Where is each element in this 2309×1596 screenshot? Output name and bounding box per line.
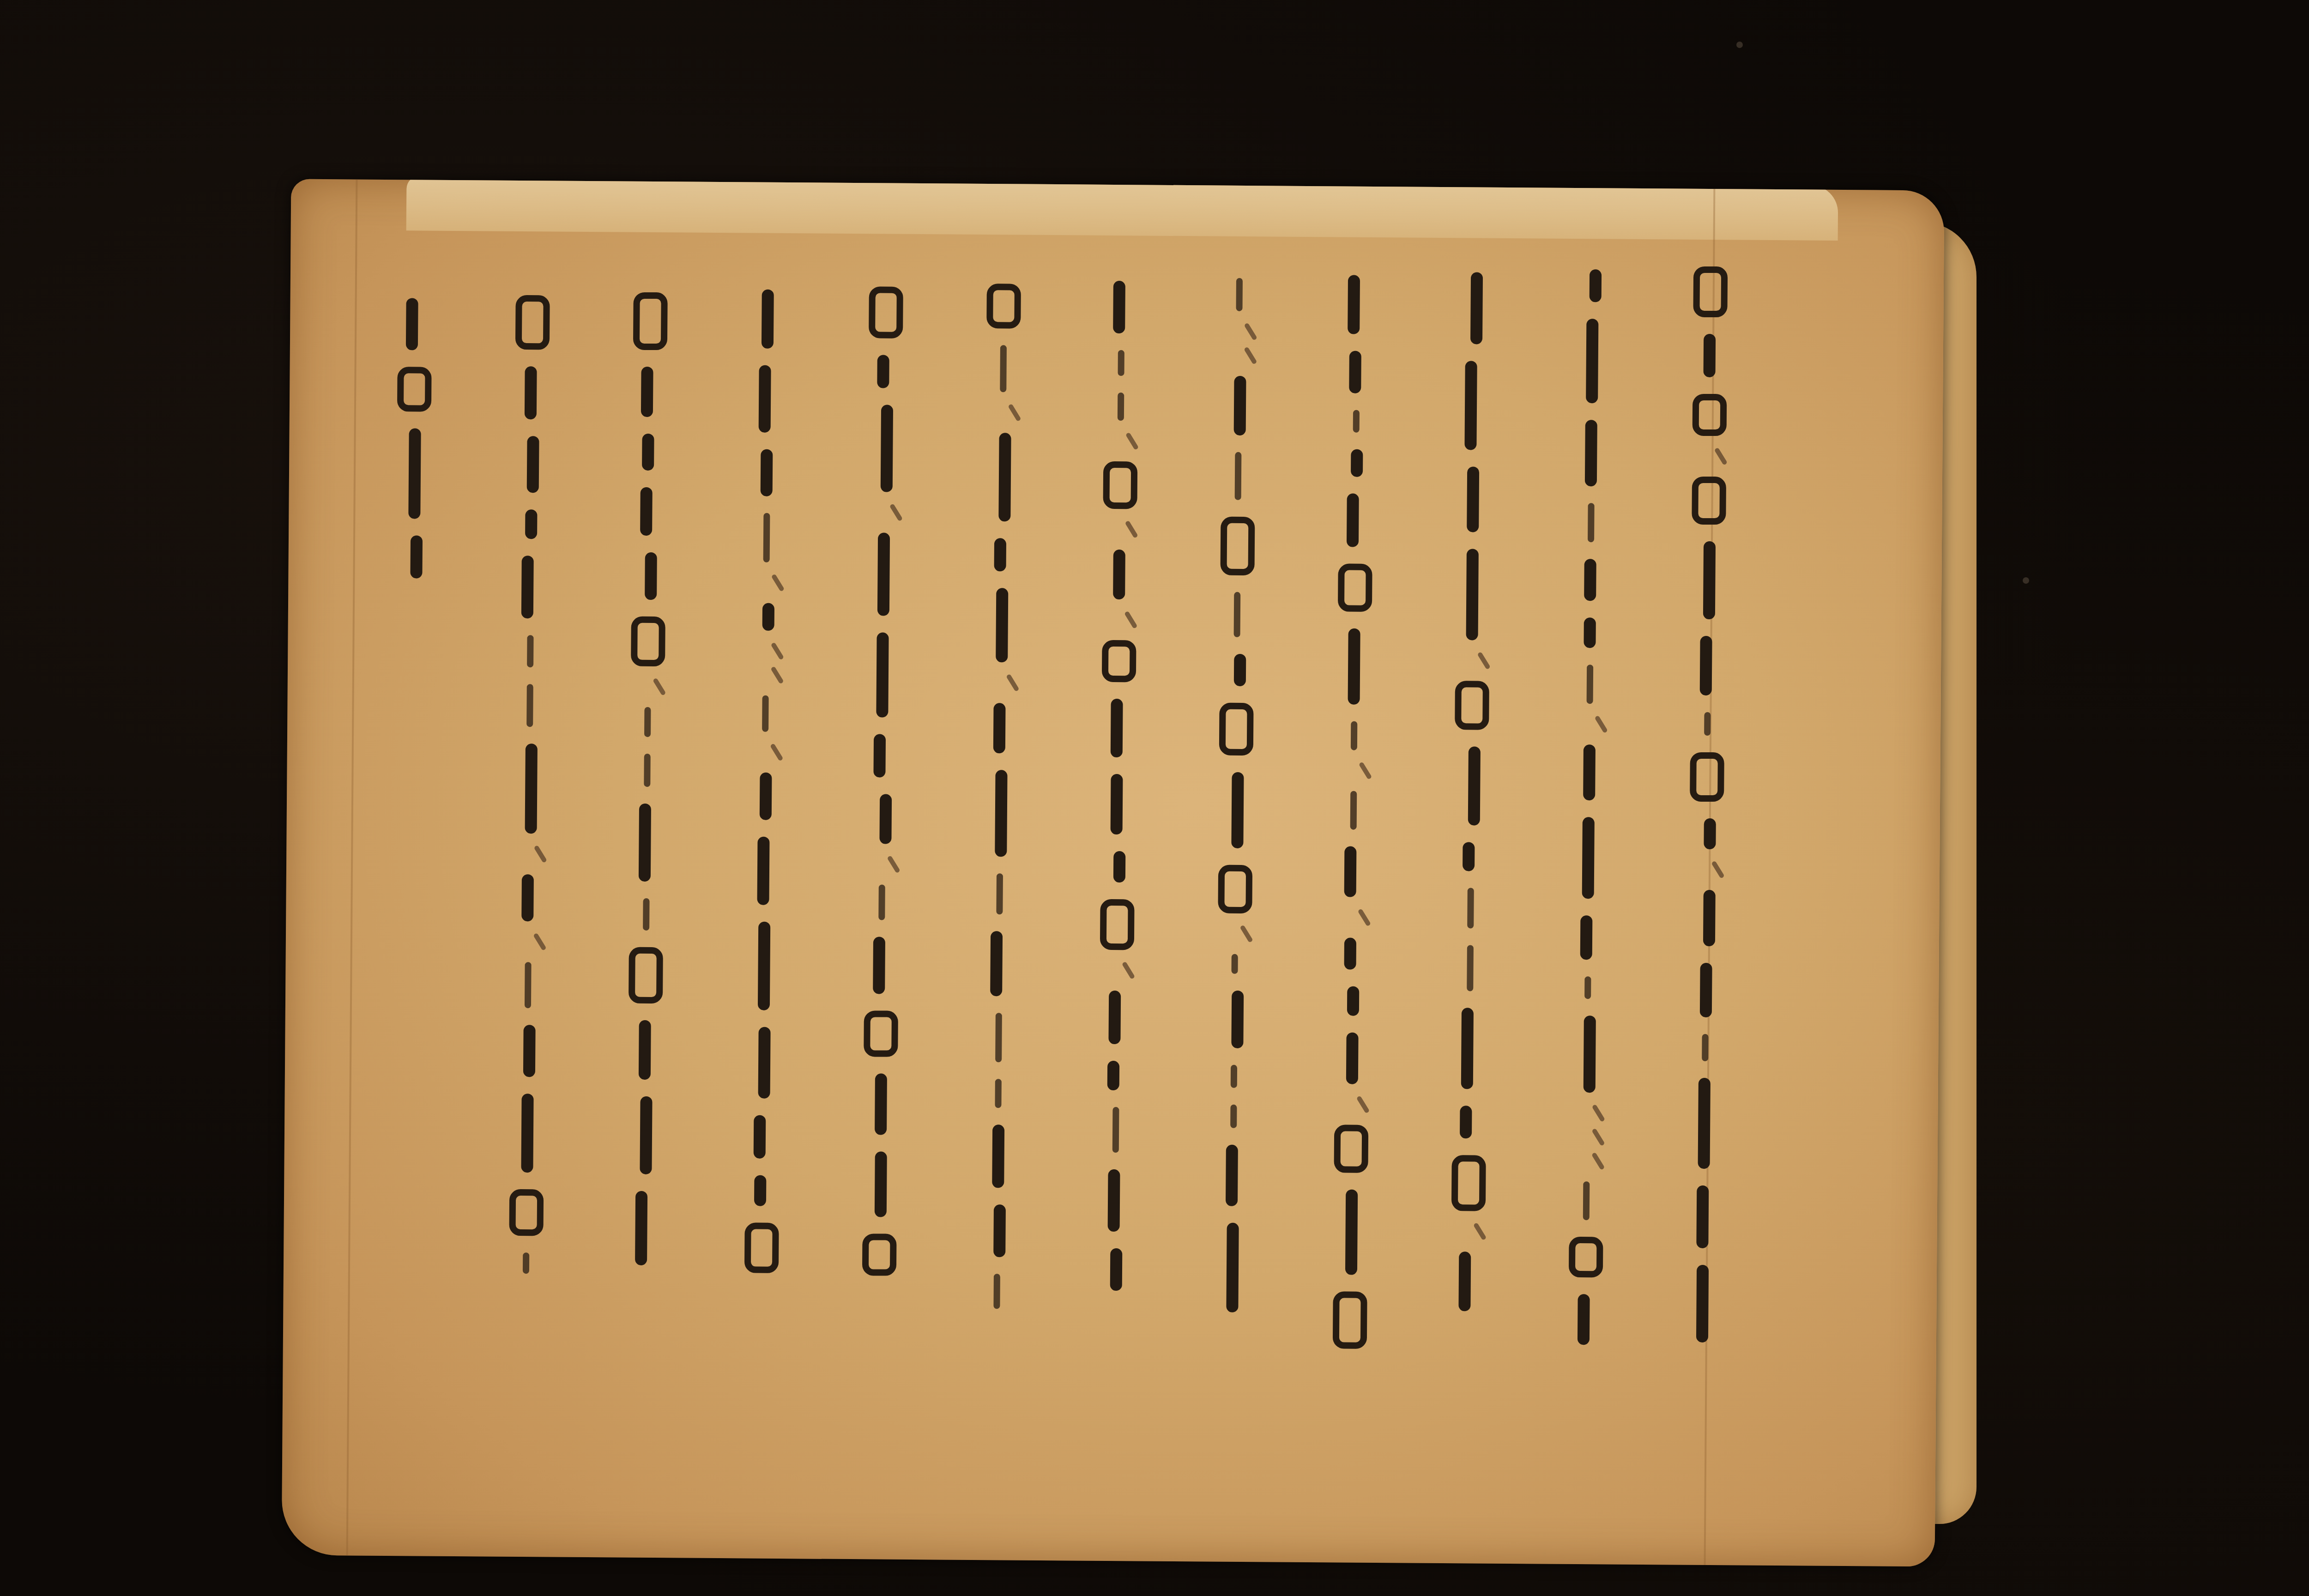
ink-stroke — [1461, 1008, 1474, 1089]
ink-stroke — [763, 513, 770, 562]
ink-stroke — [509, 1189, 544, 1236]
ink-stroke — [1125, 432, 1139, 450]
ink-stroke — [640, 487, 653, 536]
ink-stroke — [887, 855, 900, 873]
ink-stroke — [1231, 991, 1244, 1048]
ink-stroke — [1221, 517, 1255, 576]
ink-stroke — [521, 874, 534, 921]
ink-stroke — [1692, 394, 1727, 436]
ink-stroke — [645, 552, 657, 600]
ink-stroke — [1356, 1095, 1370, 1113]
ink-stroke — [876, 632, 889, 717]
text-column — [1315, 266, 1392, 1357]
text-column — [1668, 258, 1746, 1351]
ink-stroke — [644, 707, 651, 737]
ink-stroke — [1699, 963, 1712, 1017]
ink-stroke — [1359, 762, 1372, 780]
ink-stroke — [1569, 1237, 1603, 1278]
ink-stroke — [1110, 1248, 1123, 1291]
ink-stroke — [770, 666, 784, 684]
torn-top-edge — [406, 179, 1838, 241]
ink-stroke — [533, 933, 546, 951]
ink-stroke — [1467, 888, 1474, 928]
ink-stroke — [410, 535, 423, 578]
ink-stroke — [1591, 1152, 1605, 1170]
ink-stroke — [1460, 1106, 1472, 1138]
ink-stroke — [1455, 681, 1489, 730]
ink-stroke — [644, 754, 651, 787]
ink-stroke — [1467, 466, 1479, 532]
ink-stroke — [1700, 636, 1712, 695]
ink-stroke — [1702, 1034, 1708, 1061]
ink-stroke — [1467, 945, 1474, 991]
ink-stroke — [1103, 461, 1138, 509]
margin-line — [346, 180, 358, 1556]
ink-stroke — [995, 770, 1007, 857]
text-column — [1197, 269, 1274, 1321]
ink-stroke — [629, 947, 663, 1004]
ink-stroke — [1006, 674, 1019, 692]
ink-stroke — [762, 290, 774, 349]
ink-stroke — [993, 1274, 1000, 1309]
ink-stroke — [1704, 712, 1711, 736]
ink-stroke — [873, 734, 886, 777]
dust-speck — [1736, 42, 1743, 48]
ink-stroke — [758, 922, 770, 1010]
ink-stroke — [1231, 772, 1244, 848]
ink-stroke — [1226, 1223, 1239, 1312]
ink-stroke — [1582, 817, 1595, 899]
ink-stroke — [993, 1204, 1006, 1257]
ink-stroke — [990, 931, 1003, 996]
ink-stroke — [524, 366, 537, 419]
ink-stroke — [875, 1151, 887, 1217]
ink-stroke — [1458, 1251, 1471, 1311]
ink-stroke — [1704, 334, 1716, 377]
ink-stroke — [1590, 269, 1602, 302]
ink-stroke — [1218, 865, 1252, 914]
ink-stroke — [1219, 703, 1254, 756]
ink-stroke — [880, 405, 893, 492]
ink-stroke — [744, 1222, 779, 1273]
ink-stroke — [1239, 925, 1253, 943]
ink-stroke — [1124, 520, 1138, 538]
ink-stroke — [1696, 1265, 1708, 1342]
ink-stroke — [641, 367, 653, 417]
ink-stroke — [1100, 899, 1135, 950]
ink-stroke — [771, 574, 785, 592]
ink-stroke — [397, 367, 432, 412]
ink-stroke — [1595, 715, 1608, 733]
ink-stroke — [1466, 549, 1479, 640]
manuscript-page — [282, 179, 1945, 1567]
ink-stroke — [642, 434, 654, 471]
ink-stroke — [1234, 592, 1241, 637]
ink-stroke — [1703, 541, 1716, 619]
ink-stroke — [996, 588, 1008, 662]
text-column — [378, 290, 449, 587]
ink-stroke — [534, 845, 547, 863]
ink-stroke — [1333, 1291, 1367, 1349]
ink-stroke — [758, 1027, 771, 1099]
ink-stroke — [1346, 1033, 1358, 1084]
ink-stroke — [631, 617, 665, 667]
ink-stroke — [526, 684, 533, 727]
ink-stroke — [1693, 266, 1728, 318]
ink-stroke — [878, 884, 885, 920]
ink-stroke — [1584, 976, 1591, 999]
ink-stroke — [525, 962, 532, 1008]
ink-stroke — [992, 1124, 1004, 1188]
ink-stroke — [633, 292, 668, 351]
ink-stroke — [998, 433, 1011, 521]
ink-stroke — [1350, 791, 1357, 830]
ink-stroke — [1226, 1145, 1238, 1206]
ink-stroke — [877, 532, 890, 616]
ink-stroke — [1111, 774, 1123, 834]
ink-stroke — [1124, 611, 1137, 629]
ink-stroke — [757, 837, 769, 905]
ink-stroke — [869, 286, 903, 339]
ink-stroke — [1334, 1124, 1368, 1173]
ink-stroke — [862, 1233, 897, 1276]
ink-stroke — [635, 1191, 647, 1265]
ink-stroke — [515, 295, 550, 350]
ink-stroke — [1344, 846, 1356, 897]
ink-stroke — [993, 703, 1006, 753]
text-column — [1551, 261, 1628, 1354]
ink-stroke — [1358, 908, 1371, 926]
ink-stroke — [1470, 272, 1483, 344]
ink-stroke — [521, 1094, 533, 1173]
ink-stroke — [1468, 746, 1480, 825]
ink-stroke — [639, 804, 651, 882]
ink-stroke — [527, 436, 539, 493]
ink-stroke — [1348, 275, 1360, 334]
text-column — [491, 287, 568, 1282]
ink-stroke — [1583, 1181, 1590, 1220]
ink-stroke — [1349, 351, 1361, 393]
ink-stroke — [994, 538, 1006, 571]
ink-stroke — [1692, 477, 1726, 525]
ink-stroke — [1234, 654, 1246, 686]
ink-stroke — [754, 1175, 766, 1206]
ink-stroke — [1111, 699, 1123, 757]
ink-stroke — [1583, 744, 1596, 800]
ink-stroke — [877, 355, 889, 388]
ink-stroke — [408, 428, 421, 519]
ink-stroke — [1580, 915, 1593, 960]
ink-stroke — [1350, 449, 1362, 477]
ink-stroke — [1344, 938, 1356, 970]
ink-stroke — [758, 365, 771, 433]
ink-stroke — [1107, 1169, 1120, 1232]
ink-stroke — [1353, 410, 1360, 433]
ink-stroke — [770, 743, 783, 761]
ink-stroke — [1584, 1016, 1596, 1093]
ink-stroke — [525, 509, 537, 539]
ink-stroke — [1000, 345, 1007, 392]
dust-speck — [2023, 577, 2029, 584]
ink-stroke — [1231, 1065, 1237, 1088]
ink-stroke — [1113, 851, 1125, 883]
ink-stroke — [640, 1096, 652, 1174]
ink-stroke — [1698, 1078, 1711, 1169]
ink-stroke — [873, 937, 885, 994]
ink-stroke — [760, 449, 773, 496]
ink-stroke — [638, 1020, 651, 1080]
ink-stroke — [1584, 420, 1597, 486]
ink-stroke — [1477, 652, 1490, 670]
ink-stroke — [1696, 1185, 1709, 1248]
ink-stroke — [643, 898, 649, 931]
ink-stroke — [527, 635, 533, 667]
ink-stroke — [995, 1013, 1002, 1062]
ink-stroke — [1008, 404, 1021, 422]
ink-stroke — [1108, 991, 1121, 1044]
text-column — [1433, 264, 1510, 1320]
ink-stroke — [1464, 361, 1477, 450]
ink-stroke — [1703, 890, 1715, 946]
ink-stroke — [1345, 1190, 1358, 1275]
ink-stroke — [879, 794, 892, 844]
text-column — [845, 278, 921, 1284]
ink-stroke — [1338, 563, 1372, 612]
ink-stroke — [875, 1073, 887, 1135]
ink-stroke — [525, 744, 538, 834]
ink-stroke — [986, 284, 1021, 329]
ink-stroke — [1231, 954, 1238, 974]
ink-stroke — [1113, 281, 1125, 333]
ink-stroke — [889, 503, 903, 521]
ink-stroke — [1118, 393, 1124, 421]
ink-stroke — [1463, 842, 1475, 871]
ink-stroke — [1451, 1155, 1486, 1211]
ink-stroke — [653, 677, 666, 695]
ink-stroke — [759, 773, 772, 820]
ink-stroke — [1714, 447, 1728, 465]
ink-stroke — [1704, 818, 1716, 849]
ink-stroke — [762, 695, 769, 732]
ink-stroke — [1112, 1107, 1119, 1153]
ink-stroke — [1102, 640, 1136, 683]
ink-stroke — [1586, 319, 1598, 403]
ink-stroke — [1235, 452, 1242, 500]
ink-stroke — [405, 298, 418, 350]
ink-stroke — [1592, 1104, 1605, 1122]
ink-stroke — [1591, 1128, 1605, 1146]
ink-stroke — [1118, 350, 1124, 376]
ink-stroke — [1234, 376, 1246, 435]
text-column — [962, 275, 1039, 1318]
ink-stroke — [1584, 617, 1596, 648]
ink-stroke — [1588, 503, 1595, 542]
ink-stroke — [1230, 1105, 1237, 1128]
ink-stroke — [1347, 986, 1359, 1016]
ink-stroke — [1577, 1294, 1590, 1345]
ink-stroke — [1113, 550, 1125, 599]
ink-stroke — [754, 1115, 766, 1159]
ink-stroke — [864, 1010, 898, 1057]
ink-stroke — [1347, 494, 1359, 547]
ink-stroke — [1244, 322, 1257, 340]
ink-stroke — [1348, 629, 1360, 705]
ink-stroke — [1473, 1222, 1487, 1240]
ink-stroke — [1584, 559, 1596, 601]
ink-stroke — [523, 1252, 529, 1274]
ink-stroke — [771, 642, 784, 660]
ink-stroke — [1690, 752, 1724, 802]
ink-stroke — [1244, 346, 1257, 364]
ink-stroke — [1122, 961, 1135, 979]
ink-stroke — [1236, 278, 1243, 311]
ink-stroke — [1587, 665, 1594, 704]
ink-stroke — [1107, 1061, 1119, 1090]
ink-stroke — [521, 556, 533, 618]
ink-stroke — [762, 603, 774, 631]
ink-stroke — [1711, 860, 1724, 878]
ink-stroke — [1351, 721, 1357, 750]
ink-stroke — [995, 1079, 1001, 1108]
text-column — [609, 284, 685, 1274]
ink-stroke — [523, 1025, 536, 1077]
ink-stroke — [996, 873, 1003, 914]
text-column — [727, 281, 803, 1282]
text-column — [1080, 272, 1157, 1300]
